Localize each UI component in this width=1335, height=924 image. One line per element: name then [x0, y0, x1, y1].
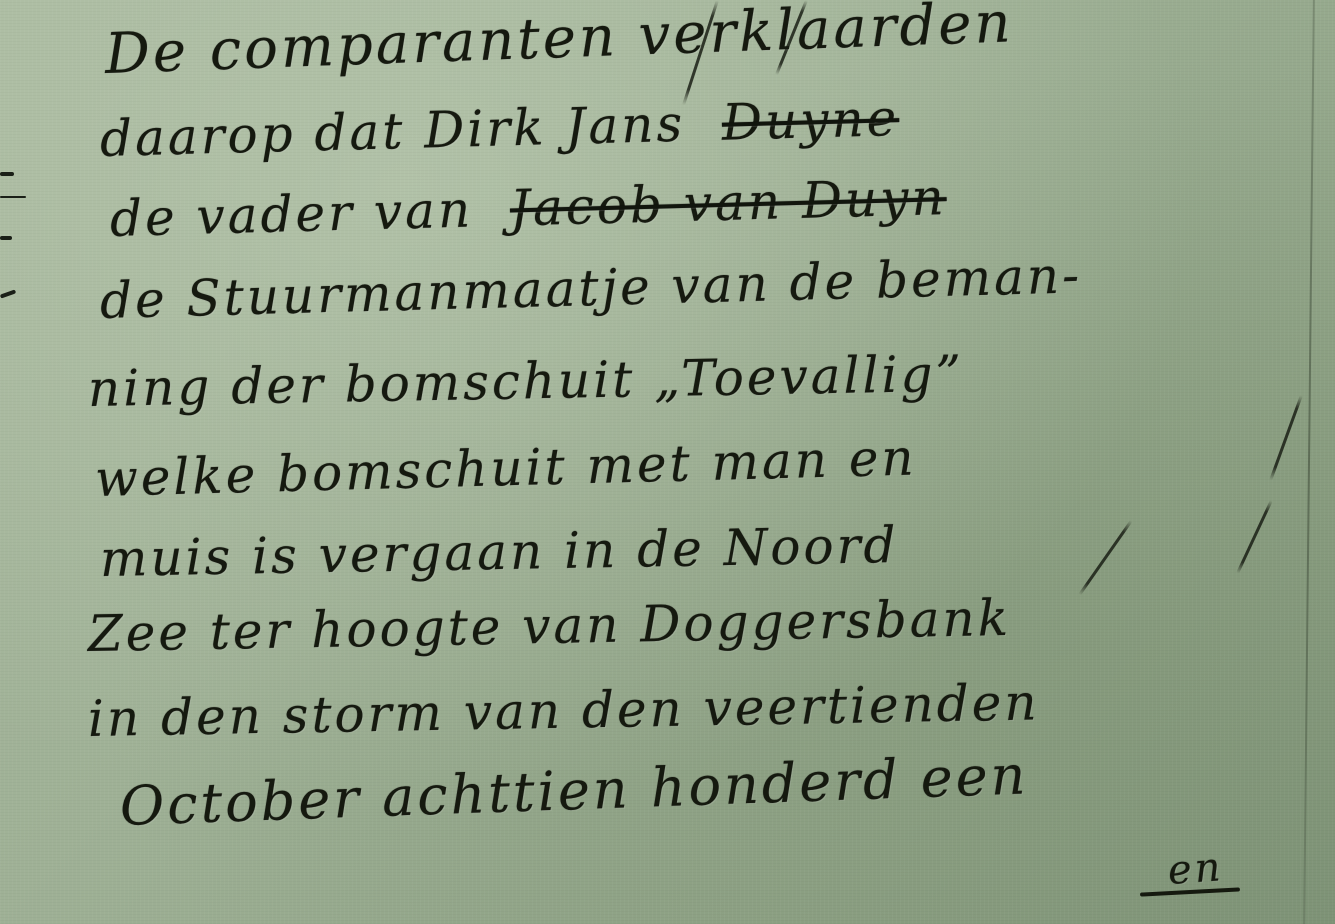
- line-text: Zee ter hoogte van Doggersbank: [87, 589, 1011, 663]
- line-text: de Stuurmanmaatje van de beman-: [99, 246, 1082, 330]
- manuscript-line-5: ning der bomschuit „Toevallig”: [87, 345, 964, 418]
- manuscript-page: De comparanten verklaarden daarop dat Di…: [0, 0, 1335, 924]
- manuscript-line-3: de vader van Jacob van Duyn: [109, 168, 947, 248]
- line-text: welke bomschuit met man en: [94, 428, 917, 507]
- manuscript-line-8: Zee ter hoogte van Doggersbank: [87, 589, 1011, 663]
- manuscript-line-2: daarop dat Dirk Jans Duyne: [99, 89, 900, 168]
- manuscript-line-10: October achttien honderd een: [119, 743, 1030, 838]
- manuscript-line-4: de Stuurmanmaatje van de beman-: [99, 246, 1082, 330]
- manuscript-line-7: muis is vergaan in de Noord: [99, 516, 898, 588]
- manuscript-line-6: welke bomschuit met man en: [94, 428, 917, 507]
- line-text: daarop dat Dirk Jans: [99, 95, 686, 168]
- line-text: in den storm van den veertienden: [87, 673, 1040, 748]
- line-text: muis is vergaan in de Noord: [99, 516, 898, 588]
- manuscript-line-9: in den storm van den veertienden: [87, 673, 1040, 748]
- manuscript-line-11: en: [1166, 844, 1225, 894]
- line-text: ning der bomschuit „Toevallig”: [87, 345, 964, 418]
- struck-text: Jacob van Duyn: [509, 168, 947, 237]
- line-text: De comparanten verklaarden: [104, 0, 1015, 87]
- manuscript-line-1: De comparanten verklaarden: [104, 0, 1015, 87]
- line-text: de vader van: [109, 181, 474, 248]
- line-text: October achttien honderd een: [119, 743, 1030, 838]
- line-text: en: [1166, 844, 1225, 894]
- struck-text: Duyne: [721, 89, 900, 152]
